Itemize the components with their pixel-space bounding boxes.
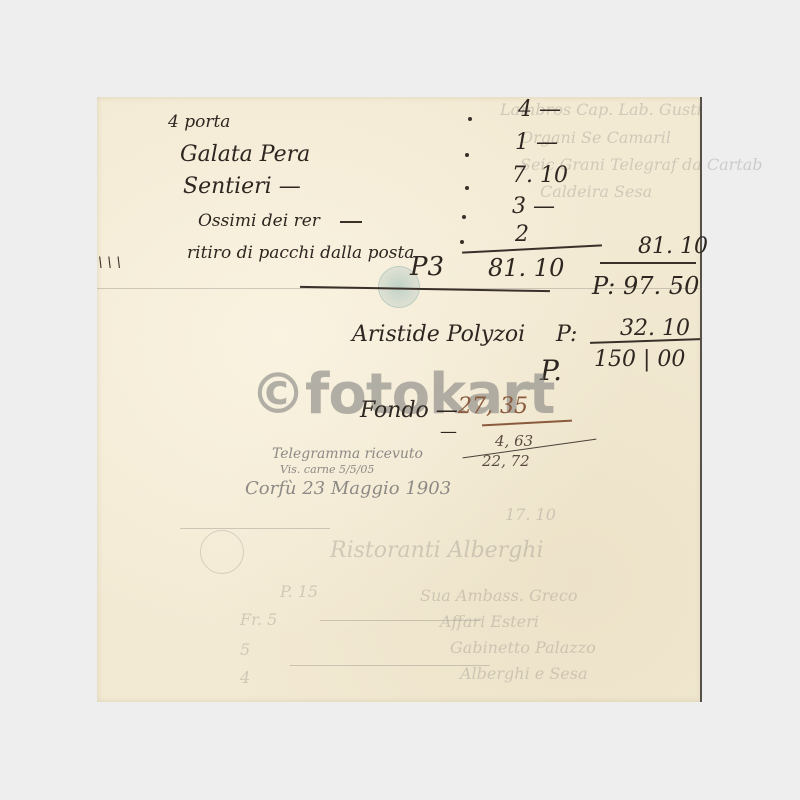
subtotal-marker: P3 — [410, 252, 444, 282]
fondo-result: 22, 72 — [482, 452, 530, 470]
ghost-number: 5 — [240, 640, 250, 659]
item-line-5: ritiro di pacchi dalla posta — [187, 243, 414, 263]
pencil-note-date: Vis. carne 5/5/05 — [280, 463, 374, 476]
item-line-4: Ossimi dei rer — [198, 211, 320, 231]
amount-2: 1 — — [515, 130, 558, 155]
ghost-text: Sua Ambass. Greco — [420, 586, 577, 605]
amount-4: 3 — — [512, 194, 555, 219]
person-total: 150 | 00 — [594, 347, 685, 372]
ghost-text: Affari Esteri — [440, 612, 539, 631]
subtotal: 81. 10 — [488, 254, 564, 282]
ghost-text: Gabinetto Palazzo — [450, 638, 596, 657]
fondo-amount: 27, 35 — [458, 394, 528, 419]
margin-marks: \ \ \ — [98, 255, 121, 271]
ghost-rule — [320, 620, 480, 621]
person-prefix: P: — [556, 322, 577, 347]
person-name: Aristide Polyzoi — [352, 322, 525, 347]
carried-amount: 81. 10 — [638, 234, 708, 259]
person-amount: 32. 10 — [620, 316, 690, 341]
item-line-2: Galata Pera — [180, 142, 310, 167]
leader-dot — [465, 186, 469, 190]
ghost-number: 4 — [240, 668, 250, 687]
amount-1: 4 — — [518, 97, 561, 122]
fondo-label: Fondo — — [360, 398, 458, 423]
faint-stamp-mark — [200, 530, 244, 574]
leader-dot — [465, 153, 469, 157]
item-line-1: 4 porta — [168, 112, 230, 132]
item-line-3: Sentieri — — [183, 174, 301, 199]
dateline: Corfù 23 Maggio 1903 — [245, 478, 451, 499]
leader-dot — [468, 117, 472, 121]
pencil-note-telegram: Telegramma ricevuto — [272, 446, 423, 462]
ghost-number: Fr. 5 — [240, 610, 277, 629]
ghost-rule — [290, 665, 490, 666]
ghost-number: P. 15 — [280, 582, 318, 601]
grand-total: P: 97. 50 — [592, 272, 699, 300]
leader-dot — [460, 240, 464, 244]
ghost-text: Alberghi e Sesa — [460, 664, 588, 683]
total-rule — [600, 262, 696, 264]
amount-3: 7. 10 — [512, 163, 568, 188]
ghost-text: Ristoranti Alberghi — [330, 538, 543, 563]
dash — [340, 221, 362, 223]
amount-5: 2 — [515, 222, 529, 247]
ghost-rule — [180, 528, 330, 529]
paper-edge — [700, 97, 702, 702]
ghost-number: 17. 10 — [505, 505, 556, 524]
leader-dot — [462, 215, 466, 219]
minus-sign: — — [440, 422, 457, 442]
